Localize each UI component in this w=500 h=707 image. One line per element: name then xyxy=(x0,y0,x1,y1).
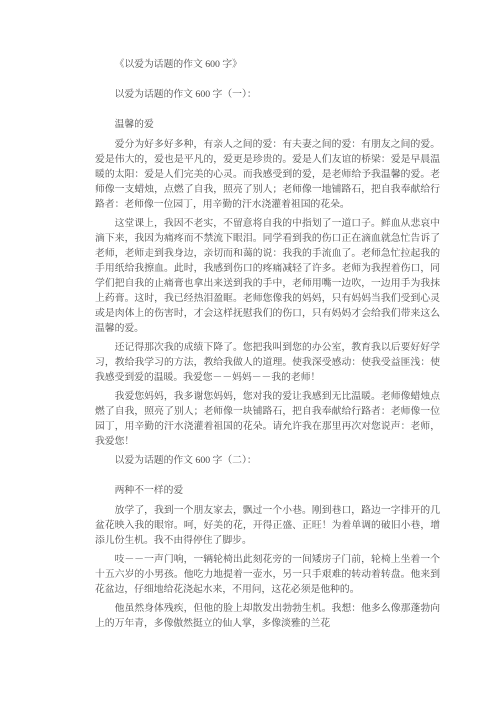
essay-2-subtitle: 两种不一样的爱 xyxy=(95,483,440,498)
essay-1-heading: 以爱为话题的作文 600 字（一）： xyxy=(95,87,440,102)
essay-1-subtitle: 温馨的爱 xyxy=(95,117,440,132)
page-content: 《以爱为话题的作文 600 字》 以爱为话题的作文 600 字（一）： 温馨的爱… xyxy=(95,57,440,635)
essay-2-heading: 以爱为话题的作文 600 字（二）： xyxy=(95,453,440,468)
essay-1-paragraph-4: 我爱您妈妈，我多谢您妈妈，您对我的爱让我感到无比温暖。老师像蜡烛点燃了自我，照亮… xyxy=(95,389,440,449)
essay-2-paragraph-2: 吱－－一声门响，一辆轮椅出此刻花旁的一间矮房子门前，轮椅上坐着一个十五六岁的小男… xyxy=(95,552,440,597)
essay-1-paragraph-3: 还记得那次我的成绩下降了。您把我叫到您的办公室，教育我以后要好好学习，教给我学习… xyxy=(95,340,440,385)
essay-1-paragraph-2: 这堂课上，我因不老实，不留意将自我的中指划了一道口子。鲜血从悲哀中滴下来，我因为… xyxy=(95,216,440,336)
document-page: 《以爱为话题的作文 600 字》 以爱为话题的作文 600 字（一）： 温馨的爱… xyxy=(0,0,500,707)
essay-2-paragraph-1: 放学了，我到一个朋友家去，飘过一个小巷。刚到巷口，路边一字排开的几盆花映入我的眼… xyxy=(95,503,440,548)
document-title: 《以爱为话题的作文 600 字》 xyxy=(95,57,440,72)
essay-1-paragraph-1: 爱分为好多好多种，有亲人之间的爱：有夫妻之间的爱：有朋友之间的爱。爱是伟大的，爱… xyxy=(95,137,440,212)
essay-2-paragraph-3: 他虽然身体残疾，但他的脸上却散发出勃勃生机。我想：他多么像那蓬勃向上的万年青，多… xyxy=(95,601,440,631)
